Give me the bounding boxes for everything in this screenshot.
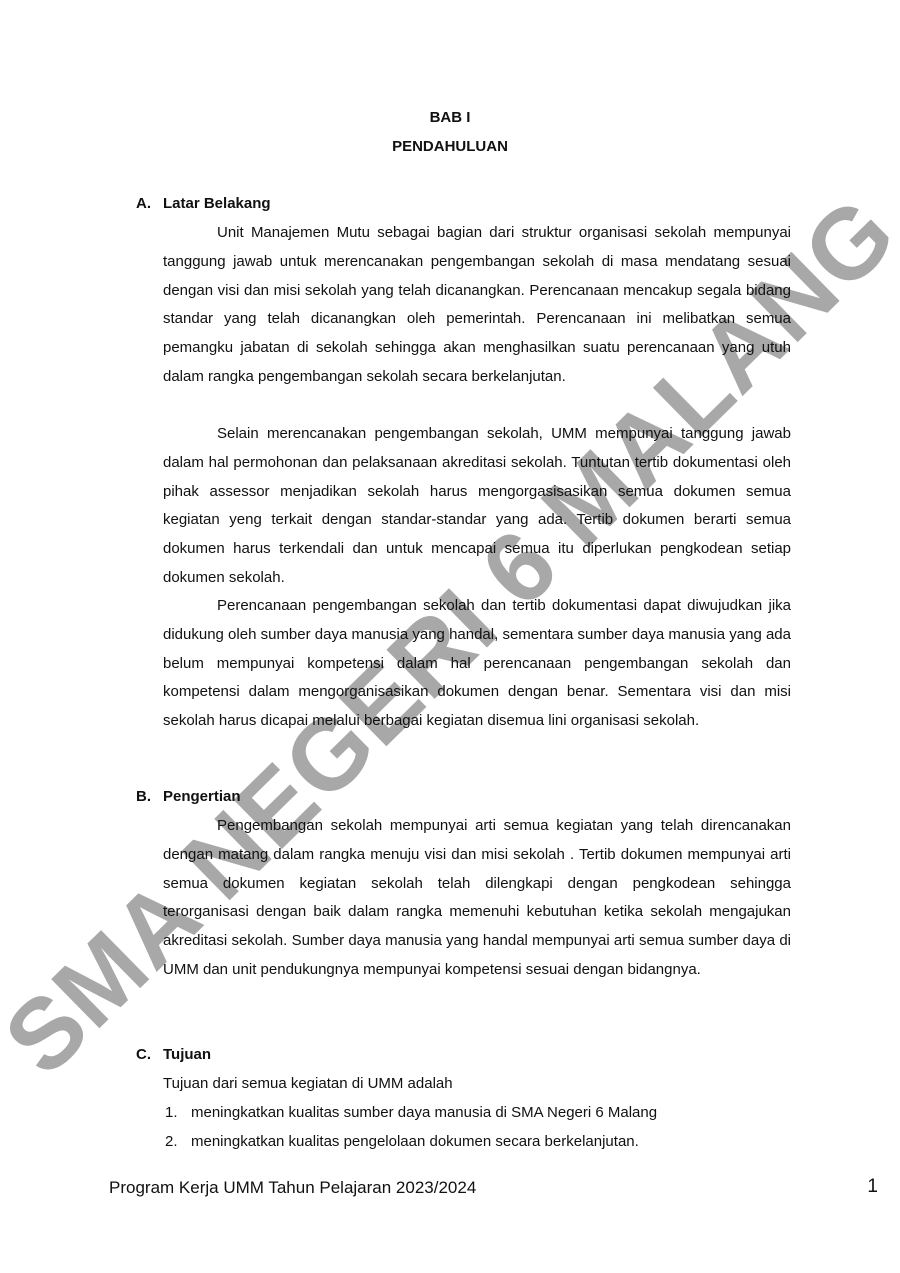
page-number: 1: [867, 1176, 878, 1198]
list-text: meningkatkan kualitas sumber daya manusi…: [191, 1104, 657, 1121]
section-title: Pengertian: [163, 788, 241, 805]
section-heading-latar-belakang: A.Latar Belakang: [136, 195, 271, 212]
paragraph: Selain merencanakan pengembangan sekolah…: [163, 420, 791, 593]
section-letter: B.: [136, 788, 163, 805]
list-text: meningkatkan kualitas pengelolaan dokume…: [191, 1133, 639, 1150]
paragraph: Pengembangan sekolah mempunyai arti semu…: [163, 812, 791, 985]
document-page: BAB I PENDAHULUAN A.Latar Belakang Unit …: [0, 0, 900, 1273]
list-number: 2.: [165, 1133, 191, 1150]
chapter-number: BAB I: [0, 109, 900, 126]
paragraph: Perencanaan pengembangan sekolah dan ter…: [163, 592, 791, 736]
section-letter: A.: [136, 195, 163, 212]
paragraph: Unit Manajemen Mutu sebagai bagian dari …: [163, 219, 791, 392]
list-number: 1.: [165, 1104, 191, 1121]
section-letter: C.: [136, 1046, 163, 1063]
section-title: Tujuan: [163, 1046, 211, 1063]
list-item: 1.meningkatkan kualitas sumber daya manu…: [165, 1104, 657, 1121]
page-footer: Program Kerja UMM Tahun Pelajaran 2023/2…: [109, 1178, 476, 1198]
list-item: 2.meningkatkan kualitas pengelolaan doku…: [165, 1133, 639, 1150]
chapter-title: PENDAHULUAN: [0, 138, 900, 155]
tujuan-intro: Tujuan dari semua kegiatan di UMM adalah: [163, 1075, 453, 1092]
section-title: Latar Belakang: [163, 195, 271, 212]
section-heading-tujuan: C.Tujuan: [136, 1046, 211, 1063]
section-heading-pengertian: B.Pengertian: [136, 788, 241, 805]
